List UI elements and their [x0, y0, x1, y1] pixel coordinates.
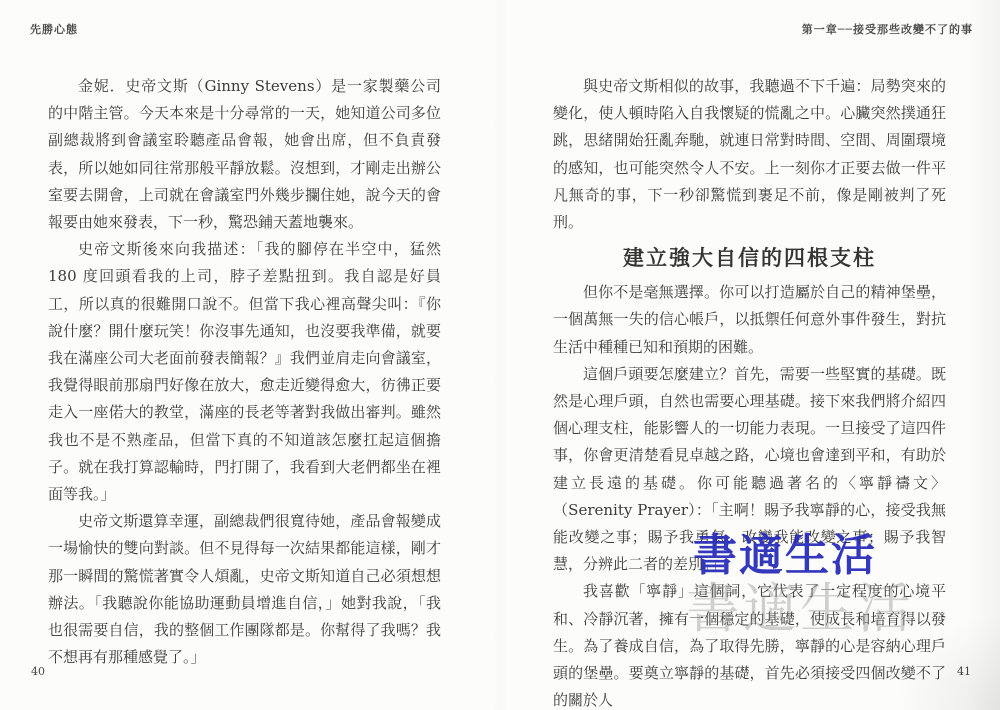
book-spread: 先勝心態 金妮．史帝文斯（Ginny Stevens）是一家製藥公司的中階主管。…	[0, 0, 1000, 710]
page-edge-shading	[966, 0, 1000, 710]
paragraph: 史帝文斯還算幸運，副總裁們很寬待她，產品會報變成一場愉快的雙向對談。但不見得每一…	[48, 508, 441, 671]
running-header-left: 先勝心態	[30, 21, 78, 37]
paragraph: 史帝文斯後來向我描述：「我的腳停在半空中，猛然 180 度回頭看我的上司，脖子差…	[48, 236, 441, 508]
page-number-right: 41	[957, 665, 971, 678]
section-heading: 建立強大自信的四根支柱	[553, 243, 946, 273]
left-page-body: 金妮．史帝文斯（Ginny Stevens）是一家製藥公司的中階主管。今天本來是…	[48, 73, 441, 671]
paragraph: 我喜歡「寧靜」這個詞，它代表了一定程度的心境平和、冷靜沉著，擁有一個穩定的基礎，…	[553, 578, 946, 710]
page-number-left: 40	[31, 665, 45, 678]
paragraph: 這個戶頭要怎麼建立？首先，需要一些堅實的基礎。既然是心理戶頭，自然也需要心理基礎…	[553, 361, 946, 579]
paragraph: 金妮．史帝文斯（Ginny Stevens）是一家製藥公司的中階主管。今天本來是…	[48, 73, 441, 236]
page-gutter	[492, 0, 508, 710]
right-page-body: 與史帝文斯相似的故事，我聽過不下千遍：局勢突來的變化，使人頓時陷入自我懷疑的慌亂…	[553, 73, 946, 710]
paragraph: 但你不是毫無選擇。你可以打造屬於自己的精神堡壘，一個萬無一失的信心帳戶，以抵禦任…	[553, 279, 946, 361]
running-header-right: 第一章──接受那些改變不了的事	[802, 21, 973, 37]
paragraph: 與史帝文斯相似的故事，我聽過不下千遍：局勢突來的變化，使人頓時陷入自我懷疑的慌亂…	[553, 73, 946, 236]
